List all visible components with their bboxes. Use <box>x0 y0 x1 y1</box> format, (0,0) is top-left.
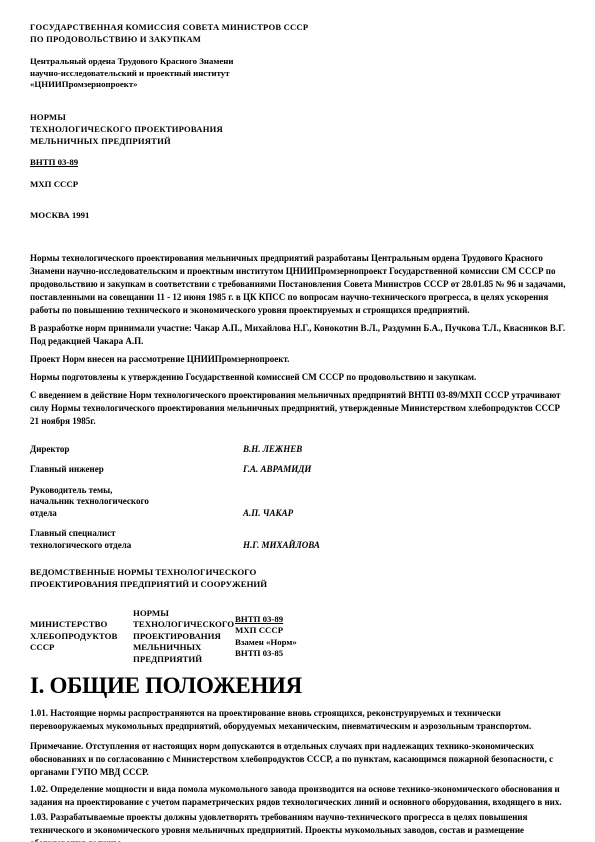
stamp-code-cell: ВНТП 03-89 МХП СССР Взамен «Норм» ВНТП 0… <box>235 602 355 671</box>
signature-row: Главный инженер Г.А. АВРАМИДИ <box>30 464 567 476</box>
departmental-norms-heading: ВЕДОМСТВЕННЫЕ НОРМЫ ТЕХНОЛОГИЧЕСКОГО ПРО… <box>30 566 567 590</box>
stamp-code-details: МХП СССР Взамен «Норм» ВНТП 03-85 <box>235 625 355 660</box>
signature-role: Главный инженер <box>30 464 243 476</box>
institute-name: Центральный ордена Трудового Красного Зн… <box>30 56 567 91</box>
signature-name: А.П. ЧАКАР <box>243 508 293 520</box>
signature-name: В.Н. ЛЕЖНЕВ <box>243 444 302 456</box>
stamp-norms-title-cell: НОРМЫ ТЕХНОЛОГИЧЕСКОГО ПРОЕКТИРОВАНИЯ МЕ… <box>133 608 235 666</box>
signature-role: Директор <box>30 444 243 456</box>
signature-row: Руководитель темы, начальник технологиче… <box>30 485 567 520</box>
signature-name: Г.А. АВРАМИДИ <box>243 464 311 476</box>
section-heading-general-provisions: I. ОБЩИЕ ПОЛОЖЕНИЯ <box>30 674 567 698</box>
section-paragraph: Примечание. Отступления от настоящих нор… <box>30 740 567 779</box>
signature-name: Н.Г. МИХАЙЛОВА <box>243 540 320 552</box>
signature-row: Директор В.Н. ЛЕЖНЕВ <box>30 444 567 456</box>
city-and-year: МОСКВА 1991 <box>30 209 567 221</box>
intro-paragraph: Проект Норм внесен на рассмотрение ЦНИИП… <box>30 353 567 366</box>
document-code: ВНТП 03-89 <box>30 156 567 168</box>
intro-paragraph: С введением в действие Норм технологичес… <box>30 389 567 428</box>
approval-stamp-table: МИНИСТЕРСТВО ХЛЕБОПРОДУКТОВ СССР НОРМЫ Т… <box>30 602 567 671</box>
intro-paragraph: Нормы технологического проектирования ме… <box>30 252 567 317</box>
section-paragraph: 1.03. Разрабатываемые проекты должны удо… <box>30 811 567 842</box>
gov-commission-header: ГОСУДАРСТВЕННАЯ КОМИССИЯ СОВЕТА МИНИСТРО… <box>30 21 567 45</box>
signature-row: Главный специалист технологического отде… <box>30 528 567 551</box>
signature-block: Директор В.Н. ЛЕЖНЕВ Главный инженер Г.А… <box>30 444 567 552</box>
intro-paragraph: В разработке норм принимали участие: Чак… <box>30 322 567 348</box>
ministry-abbreviation: МХП СССР <box>30 178 567 190</box>
intro-paragraph: Нормы подготовлены к утверждению Государ… <box>30 371 567 384</box>
section-paragraph: 1.01. Настоящие нормы распространяются н… <box>30 707 567 733</box>
section-paragraph: 1.02. Определение мощности и вида помола… <box>30 783 567 809</box>
document-title: НОРМЫ ТЕХНОЛОГИЧЕСКОГО ПРОЕКТИРОВАНИЯ МЕ… <box>30 111 567 147</box>
stamp-ministry-cell: МИНИСТЕРСТВО ХЛЕБОПРОДУКТОВ СССР <box>30 619 133 654</box>
signature-role: Руководитель темы, начальник технологиче… <box>30 485 243 520</box>
stamp-doc-code: ВНТП 03-89 <box>235 614 283 624</box>
signature-role: Главный специалист технологического отде… <box>30 528 243 551</box>
document-page: ГОСУДАРСТВЕННАЯ КОМИССИЯ СОВЕТА МИНИСТРО… <box>0 0 595 842</box>
